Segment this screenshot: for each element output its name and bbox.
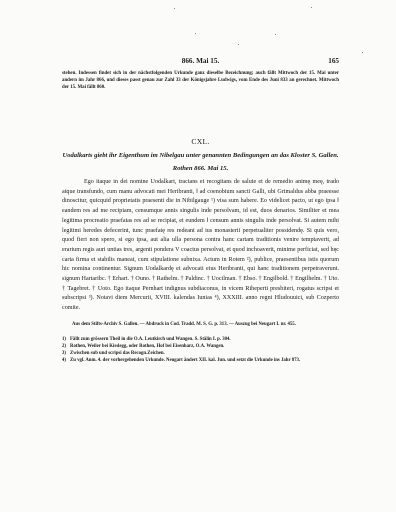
footnote-1: 1)Fällt zum grössern Theil in die O.A. L… [62,336,339,343]
running-head: 866. Mai 15. 165 [62,57,339,67]
footnotes: 1)Fällt zum grössern Theil in die O.A. L… [62,336,339,364]
previous-note-continuation: stehen. Indessen findet sich in der näch… [62,70,339,91]
charter-body: Ego itaque in dei nomine Uodalkart, trac… [62,178,339,314]
footnote-text: Zwischen sub und scripsi das Recogn.Zeic… [70,351,165,356]
footnote-number: 3) [62,350,70,357]
scan-speck [174,8,175,9]
source-note: Aus dem Stifts-Archiv S. Gallen. — Abdru… [62,321,339,328]
footnote-text: Zu vgl. Anm. 4. der vorhergehenden Urkun… [70,358,300,363]
footnote-3: 3)Zwischen sub und scripsi das Recogn.Ze… [62,350,339,357]
scan-speck [311,7,312,8]
footnote-number: 4) [62,357,70,364]
footnote-number: 2) [62,343,70,350]
footnote-text: Fällt zum grössern Theil in die O.A. Leu… [70,337,231,342]
footnote-4: 4)Zu vgl. Anm. 4. der vorhergehenden Urk… [62,357,339,364]
footnote-text: Rothen, Weiler bei Kisslegg, oder Rothen… [70,344,224,349]
page-number: 165 [328,57,339,65]
footnote-2: 2)Rothen, Weiler bei Kisslegg, oder Roth… [62,343,339,350]
scan-speck [362,52,363,53]
scan-speck [238,44,239,45]
source-note-text: Aus dem Stifts-Archiv S. Gallen. — Abdru… [72,322,296,327]
running-head-date: 866. Mai 15. [62,57,339,65]
document-page: 866. Mai 15. 165 stehen. Indessen findet… [62,57,339,364]
charter-title: Uodalkarts giebt ihr Eigenthum im Nibelg… [62,151,339,161]
charter-number: CXL. [62,137,339,146]
charter-body-text: Ego itaque in dei nomine Uodalkart, trac… [62,179,339,311]
footnote-number: 1) [62,336,70,343]
scan-speck [275,34,276,35]
scan-speck [195,33,196,34]
charter-place-date: Rothen 866. Mai 15. [62,165,339,172]
